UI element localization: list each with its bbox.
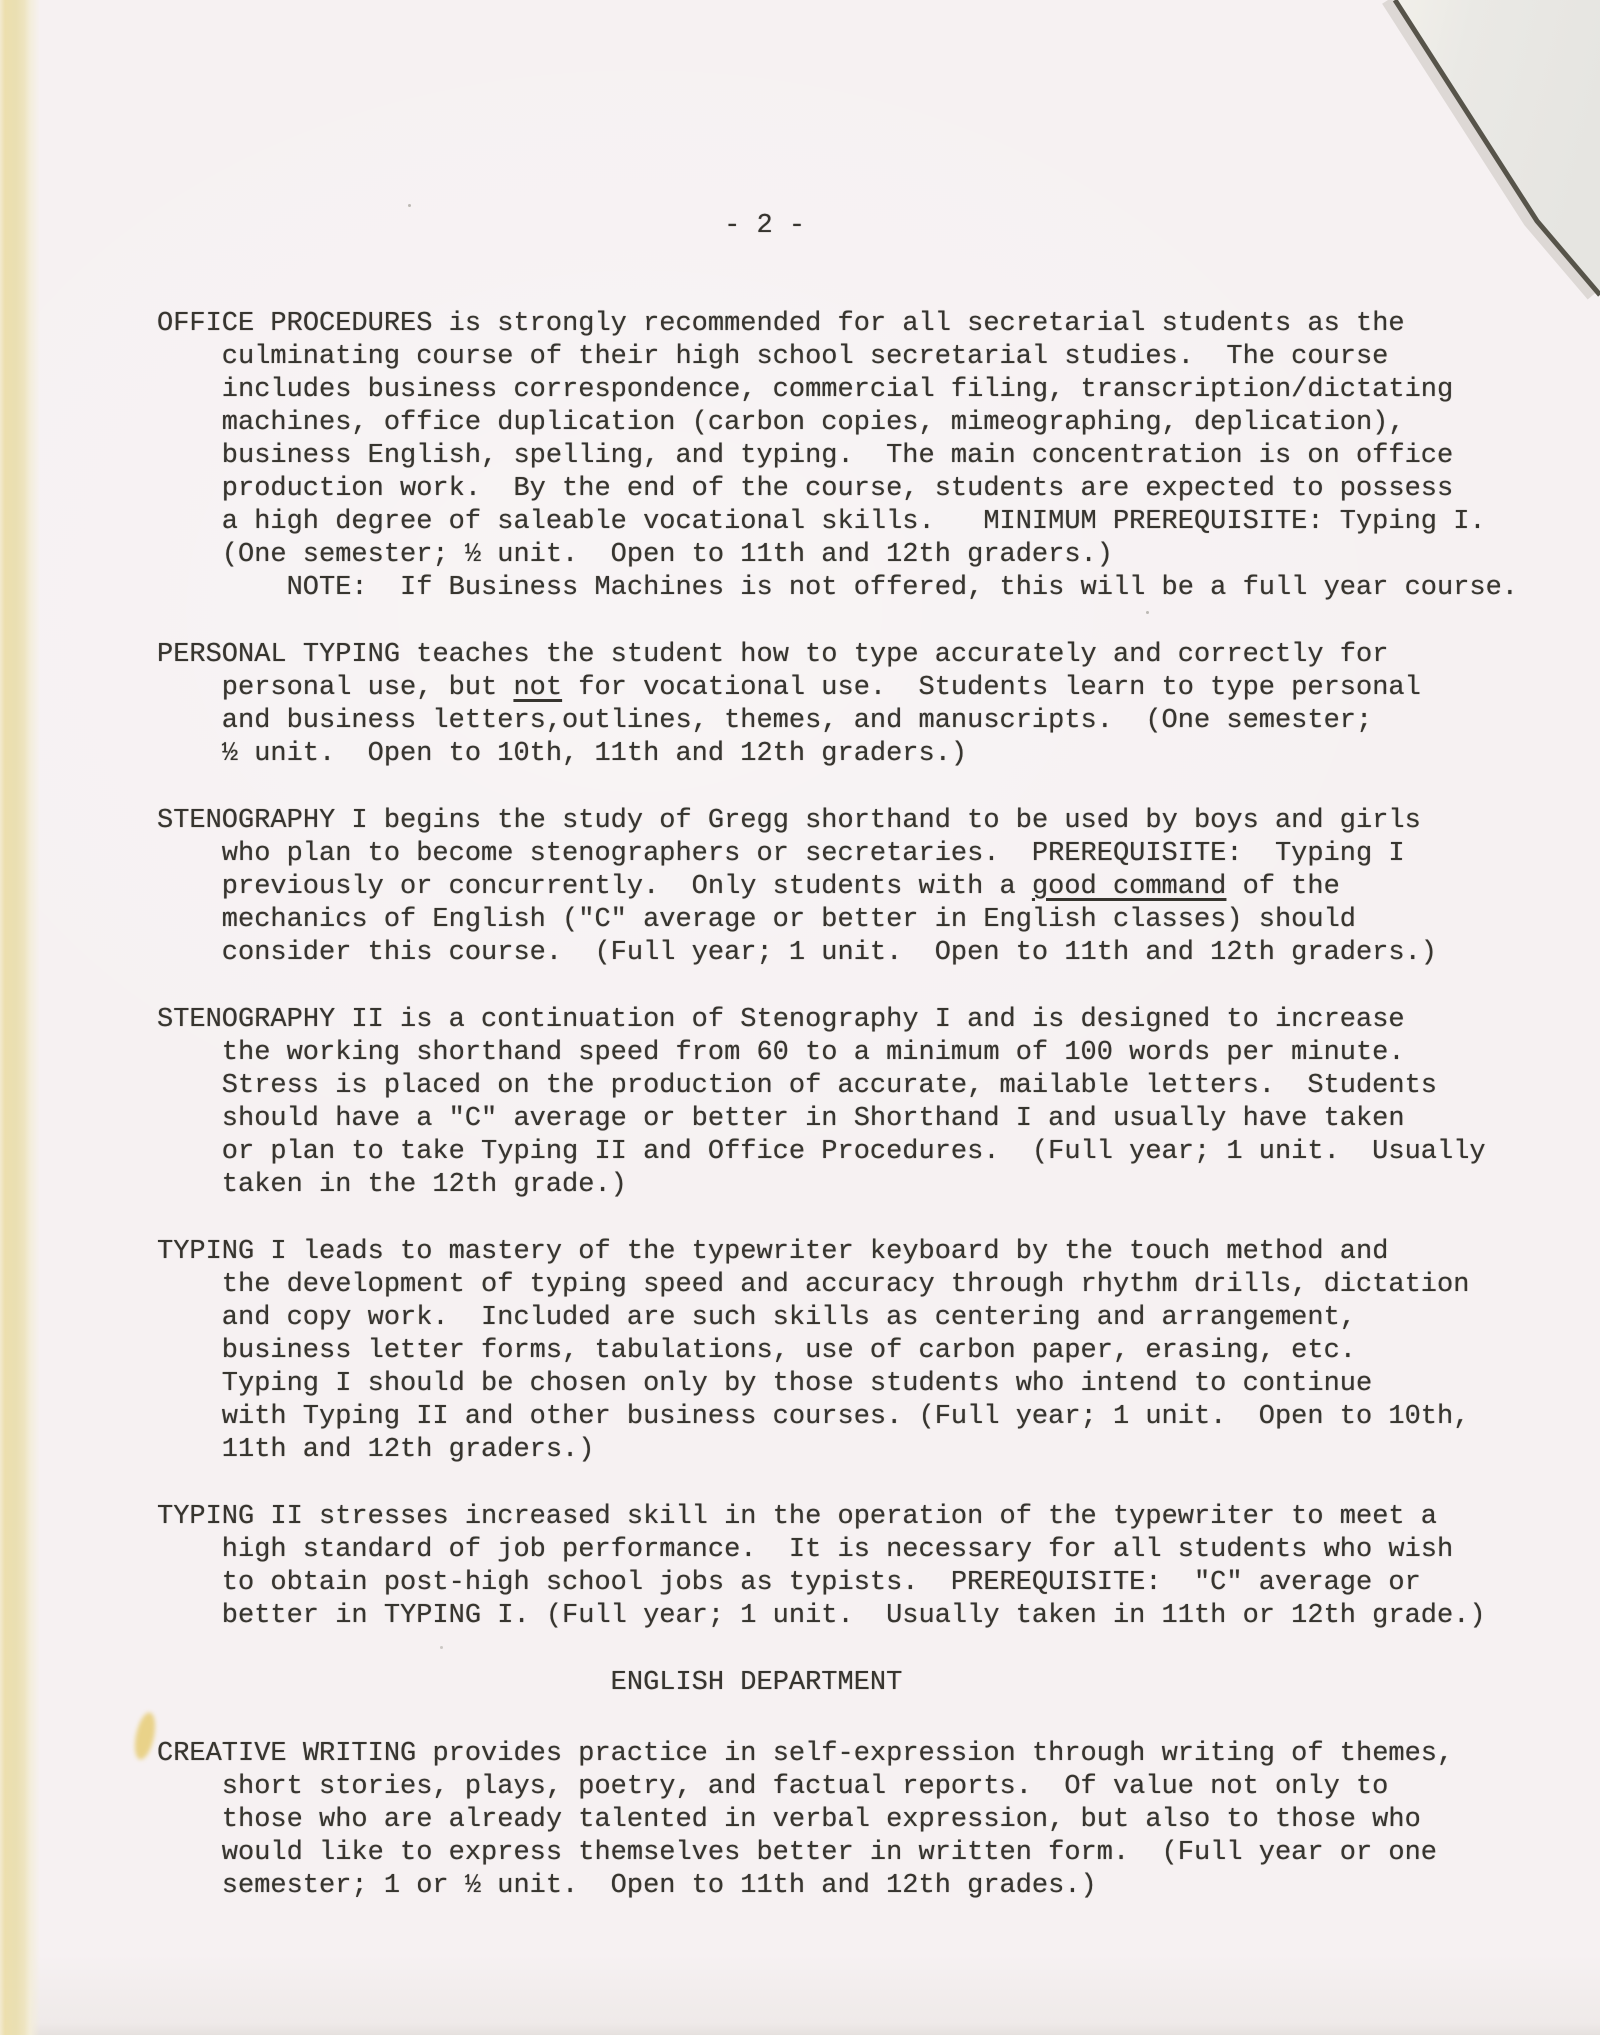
page-left-edge [0, 0, 40, 2035]
creative-writing-line-4: would like to express themselves better … [157, 1837, 1550, 1870]
line-segment: for vocational use. Students learn to ty… [562, 673, 1421, 703]
office-line-6: production work. By the end of the cours… [157, 473, 1550, 506]
paragraph-personal-typing: PERSONAL TYPING teaches the student how … [157, 639, 1550, 771]
typing-2-line-1: TYPING II stresses increased skill in th… [157, 1501, 1550, 1534]
typing-1-line-1: TYPING I leads to mastery of the typewri… [157, 1236, 1550, 1269]
scanned-document-page: - 2 - OFFICE PROCEDURES is strongly reco… [0, 0, 1600, 2035]
line-segment: previously or concurrently. Only student… [222, 872, 1032, 902]
office-line-8: (One semester; ½ unit. Open to 11th and … [157, 539, 1550, 572]
paragraph-creative-writing: CREATIVE WRITING provides practice in se… [157, 1738, 1550, 1903]
paper-stain [131, 1711, 159, 1762]
section-heading-english-department: ENGLISH DEPARTMENT [157, 1667, 1550, 1700]
personal-typing-line-4: ½ unit. Open to 10th, 11th and 12th grad… [157, 738, 1550, 771]
underlined-phrase: good command [1032, 872, 1226, 902]
typing-2-line-4: better in TYPING I. (Full year; 1 unit. … [157, 1600, 1550, 1633]
stenography-2-line-5: or plan to take Typing II and Office Pro… [157, 1136, 1550, 1169]
line-segment: personal use, but [222, 673, 514, 703]
office-line-7: a high degree of saleable vocational ski… [157, 506, 1550, 539]
office-line-3: includes business correspondence, commer… [157, 374, 1550, 407]
creative-writing-line-1: CREATIVE WRITING provides practice in se… [157, 1738, 1550, 1771]
line-segment: of the [1226, 872, 1339, 902]
typing-1-line-6: with Typing II and other business course… [157, 1401, 1550, 1434]
stenography-2-line-3: Stress is placed on the production of ac… [157, 1070, 1550, 1103]
personal-typing-line-3: and business letters,outlines, themes, a… [157, 705, 1550, 738]
page-number: - 2 - [157, 210, 1550, 243]
typing-1-line-5: Typing I should be chosen only by those … [157, 1368, 1550, 1401]
creative-writing-line-2: short stories, plays, poetry, and factua… [157, 1771, 1550, 1804]
stenography-2-line-6: taken in the 12th grade.) [157, 1169, 1550, 1202]
office-line-1: OFFICE PROCEDURES is strongly recommende… [157, 308, 1550, 341]
paragraph-office-procedures: OFFICE PROCEDURES is strongly recommende… [157, 308, 1550, 605]
typed-text: - 2 - OFFICE PROCEDURES is strongly reco… [157, 210, 1550, 1903]
stenography-2-line-4: should have a "C" average or better in S… [157, 1103, 1550, 1136]
office-note-line: NOTE: If Business Machines is not offere… [157, 572, 1550, 605]
typing-1-line-4: business letter forms, tabulations, use … [157, 1335, 1550, 1368]
personal-typing-line-2: personal use, but not for vocational use… [157, 672, 1550, 705]
typing-1-line-3: and copy work. Included are such skills … [157, 1302, 1550, 1335]
typing-2-line-2: high standard of job performance. It is … [157, 1534, 1550, 1567]
stenography-2-line-1: STENOGRAPHY II is a continuation of Sten… [157, 1004, 1550, 1037]
stenography-1-line-1: STENOGRAPHY I begins the study of Gregg … [157, 805, 1550, 838]
stenography-1-line-2: who plan to become stenographers or secr… [157, 838, 1550, 871]
stenography-1-line-5: consider this course. (Full year; 1 unit… [157, 937, 1550, 970]
typing-2-line-3: to obtain post-high school jobs as typis… [157, 1567, 1550, 1600]
creative-writing-line-3: those who are already talented in verbal… [157, 1804, 1550, 1837]
typing-1-line-7: 11th and 12th graders.) [157, 1434, 1550, 1467]
office-line-4: machines, office duplication (carbon cop… [157, 407, 1550, 440]
personal-typing-line-1: PERSONAL TYPING teaches the student how … [157, 639, 1550, 672]
typing-1-line-2: the development of typing speed and accu… [157, 1269, 1550, 1302]
paper-speck [408, 204, 411, 207]
office-line-5: business English, spelling, and typing. … [157, 440, 1550, 473]
stenography-1-line-3: previously or concurrently. Only student… [157, 871, 1550, 904]
paragraph-typing-1: TYPING I leads to mastery of the typewri… [157, 1236, 1550, 1467]
office-line-2: culminating course of their high school … [157, 341, 1550, 374]
underlined-word: not [513, 673, 562, 703]
stenography-2-line-2: the working shorthand speed from 60 to a… [157, 1037, 1550, 1070]
paragraph-stenography-2: STENOGRAPHY II is a continuation of Sten… [157, 1004, 1550, 1202]
creative-writing-line-5: semester; 1 or ½ unit. Open to 11th and … [157, 1870, 1550, 1903]
paragraph-stenography-1: STENOGRAPHY I begins the study of Gregg … [157, 805, 1550, 970]
paragraph-typing-2: TYPING II stresses increased skill in th… [157, 1501, 1550, 1633]
stenography-1-line-4: mechanics of English ("C" average or bet… [157, 904, 1550, 937]
